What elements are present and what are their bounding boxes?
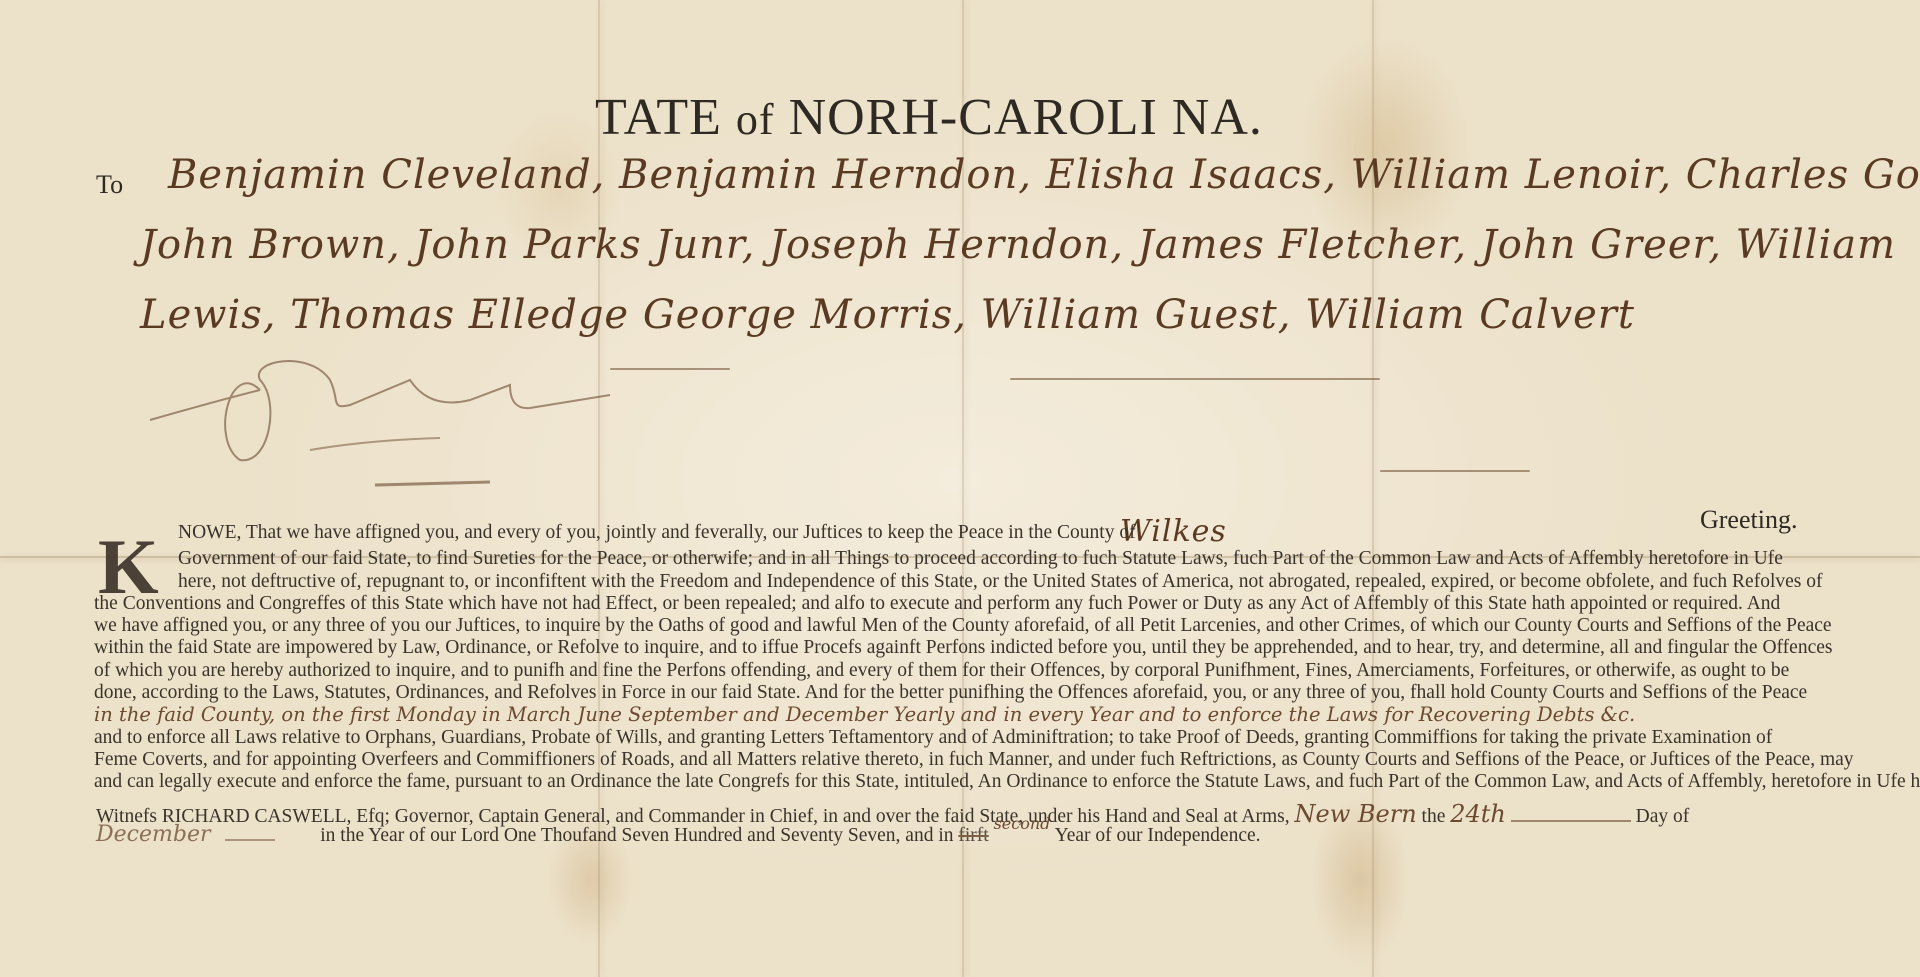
pen-stroke [1380,470,1530,472]
inserted-second: second [994,814,1051,833]
day-handwritten: 24th [1450,800,1506,828]
year-text: in the Year of our Lord One Thoufand Sev… [320,825,953,846]
body-line: we have affigned you, or any three of yo… [94,615,1858,637]
body-line: here, not deftructive of, repugnant to, … [178,571,1858,593]
day-blank [1511,820,1631,822]
month-handwritten: December [96,822,210,847]
year-line: December in the Year of our Lord One Tho… [96,822,1261,847]
year-text-end: Year of our Independence. [1055,825,1261,846]
day-of: Day of [1636,806,1690,827]
body-line: the Conventions and Congreffes of this S… [94,593,1858,615]
body-line-handwritten-insert: in the faid County, on the first Monday … [94,704,1858,726]
document-title: TATE of NORH-CAROLI NA. [595,88,1263,147]
handwritten-names-line2: John Brown, John Parks Junr, Joseph Hern… [140,222,1896,268]
title-of: of [736,95,775,144]
body-line: Feme Coverts, and for appointing Overfee… [94,749,1858,771]
place-handwritten: New Bern [1295,800,1417,828]
body-line: NOWE, That we have affigned you, and eve… [178,522,1858,544]
body-line: within the faid State are impowered by L… [94,637,1858,659]
title-part1: TATE [595,89,722,146]
handwritten-names-line1: Benjamin Cleveland, Benjamin Herndon, El… [168,152,1920,198]
pen-flourish-icon [110,340,830,500]
witness-the: the [1422,806,1446,827]
month-blank [225,839,275,841]
fold-line [1372,0,1374,977]
handwritten-names-line3: Lewis, Thomas Elledge George Morris, Wil… [140,292,1635,338]
document-page: TATE of NORH-CAROLI NA. To Benjamin Clev… [0,0,1920,977]
body-line: and can legally execute and enforce the … [94,771,1858,793]
pen-stroke [610,368,730,370]
body-line: and to enforce all Laws relative to Orph… [94,727,1858,749]
title-part2: NORH-CAROLI NA. [789,89,1263,146]
body-line: done, according to the Laws, Statutes, O… [94,682,1858,704]
salutation: To [96,170,123,200]
struck-first: firft [958,825,988,846]
body-line: of which you are hereby authorized to in… [94,660,1858,682]
pen-stroke [1010,378,1380,380]
commission-body: NOWE, That we have affigned you, and eve… [178,522,1858,794]
body-line: Government of our faid State, to find Su… [178,548,1858,570]
